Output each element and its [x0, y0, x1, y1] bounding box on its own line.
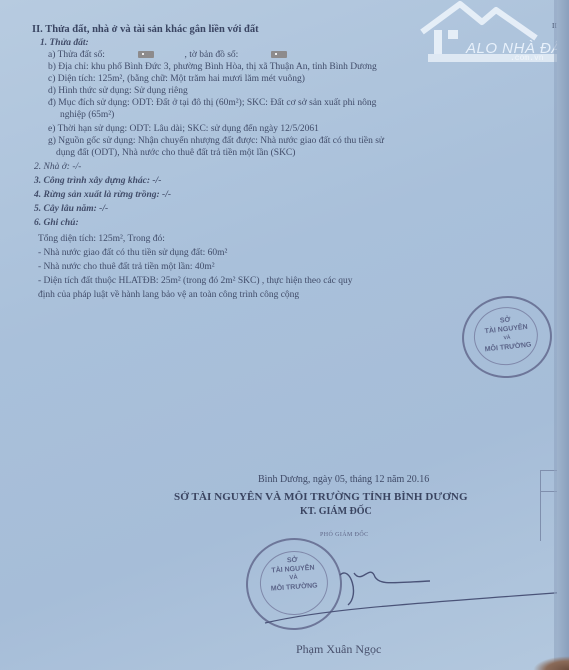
issue-date: Bình Dương, ngày 05, tháng 12 năm 20.16: [258, 474, 429, 485]
issuing-authority: SỞ TÀI NGUYÊN VÀ MÔI TRƯỜNG TỈNH BÌNH DƯ…: [174, 491, 468, 503]
origin-line-2: dụng đất (ODT), Nhà nước cho thuê đất tr…: [56, 148, 295, 159]
area-line: c) Diện tích: 125m², (bằng chữ: Một trăm…: [48, 74, 305, 85]
note-regulation: định của pháp luật về hành lang bảo vệ a…: [38, 290, 299, 301]
parcel-number-label: a) Thửa đất số:: [48, 50, 105, 60]
item2-house: 2. Nhà ở: -/-: [34, 162, 81, 173]
item1-title: 1. Thửa đất:: [40, 38, 89, 49]
usage-form-line: d) Hình thức sử dụng: Sử dụng riêng: [48, 86, 188, 97]
item5-perennial-trees: 5. Cây lâu năm: -/-: [34, 204, 108, 215]
usage-purpose-line-1: đ) Mục đích sử dụng: ODT: Đất ở tại đô t…: [48, 98, 376, 109]
address-line: b) Địa chỉ: khu phố Bình Đức 3, phường B…: [48, 62, 377, 73]
signer-name: Phạm Xuân Ngọc: [296, 642, 381, 657]
item4-forest: 4. Rừng sản xuất là rừng trồng: -/-: [34, 190, 171, 201]
document-page: II. Thửa đất, nhà ở và tài sản khác gắn …: [0, 0, 569, 670]
finger-shadow: [533, 656, 569, 670]
paper-edge: [557, 0, 569, 670]
redacted-parcel-number: [138, 51, 154, 58]
note-allocated-land: - Nhà nước giao đất có thu tiền sử dụng …: [38, 248, 227, 259]
map-sheet-label: , tờ bản đồ số:: [184, 50, 238, 60]
deputy-director-label: PHÓ GIÁM ĐỐC: [320, 532, 368, 538]
parcel-number-line: a) Thửa đất số: , tờ bản đồ số:: [48, 50, 287, 61]
handwritten-signature: [250, 555, 569, 635]
redacted-map-sheet: [271, 51, 287, 58]
section-title: II. Thửa đất, nhà ở và tài sản khác gắn …: [32, 24, 259, 35]
usage-term-line: e) Thời hạn sử dụng: ODT: Lâu dài; SKC: …: [48, 124, 319, 135]
origin-line-1: g) Nguồn gốc sử dụng: Nhận chuyển nhượng…: [48, 136, 384, 147]
note-total-area: Tổng diện tích: 125m², Trong đó:: [38, 234, 165, 245]
item3-other-works: 3. Công trình xây dựng khác: -/-: [34, 176, 161, 187]
note-leased-land: - Nhà nước cho thuê đất trả tiền một lần…: [38, 262, 215, 273]
watermark-domain: .com.vn: [510, 54, 544, 63]
usage-purpose-line-2: nghiệp (65m²): [60, 110, 114, 121]
note-safety-corridor: - Diện tích đất thuộc HLATĐB: 25m² (tron…: [38, 276, 353, 287]
signer-role: KT. GIÁM ĐỐC: [300, 506, 372, 517]
item6-notes: 6. Ghi chú:: [34, 218, 79, 229]
official-seal: SỞ TÀI NGUYÊN VÀ MÔI TRƯỜNG: [458, 292, 556, 383]
